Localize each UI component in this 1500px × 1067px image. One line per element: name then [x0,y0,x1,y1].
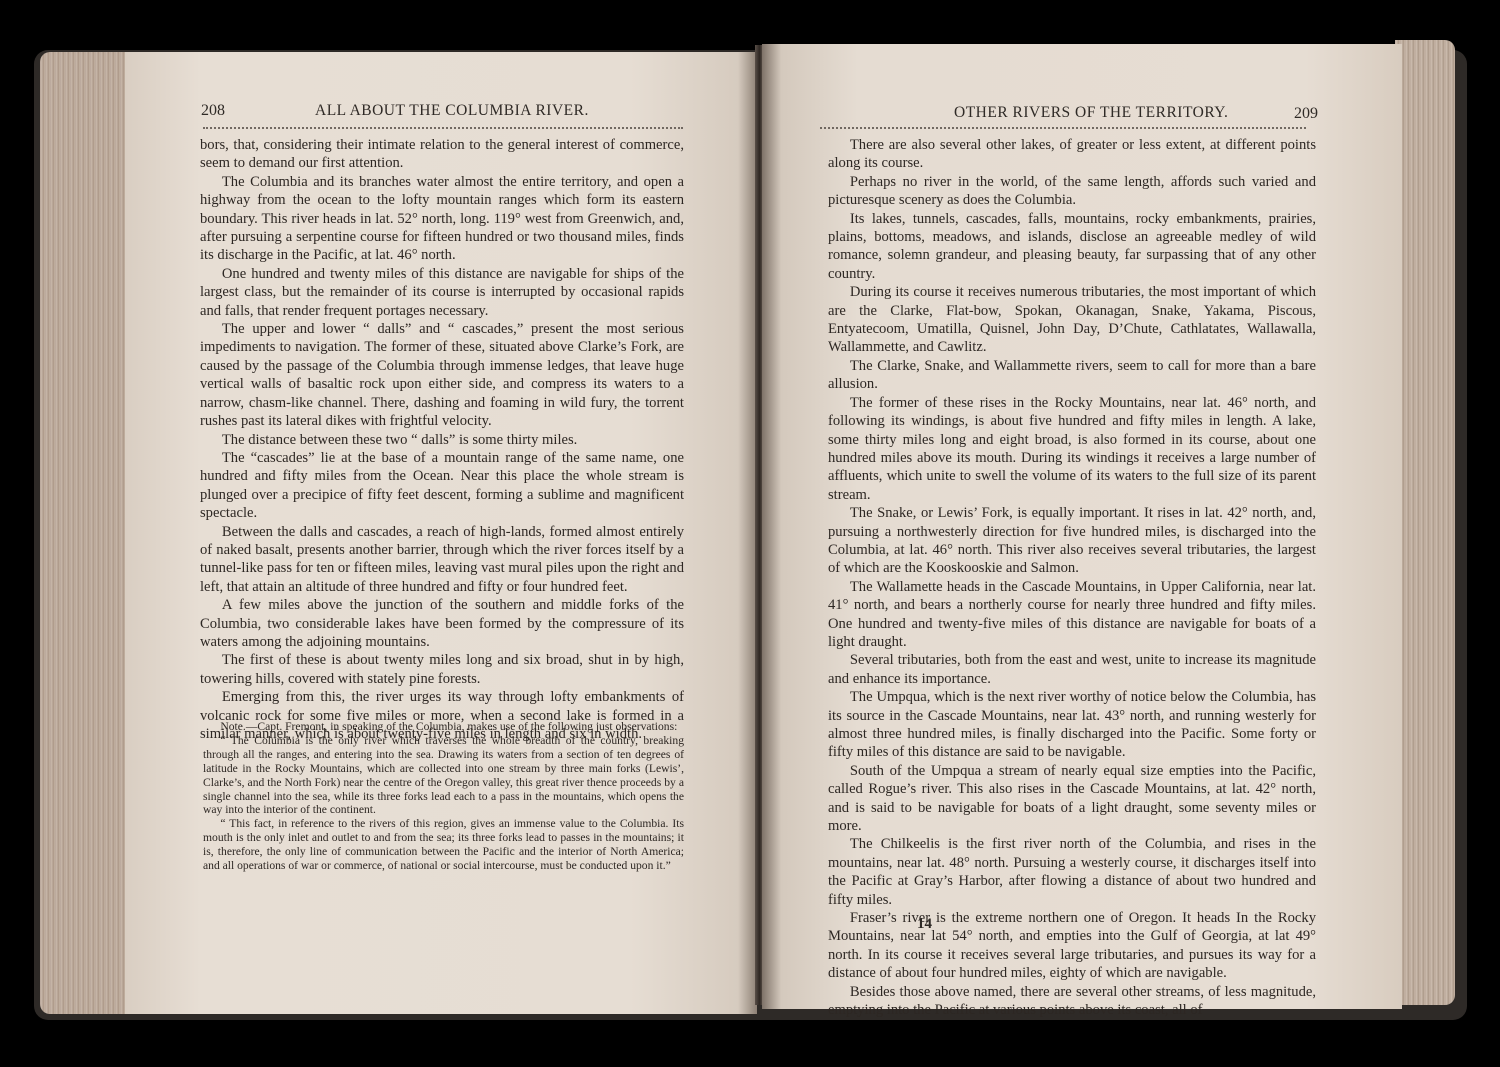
paragraph: The Umpqua, which is the next river wort… [828,688,1316,762]
paragraph: bors, that, considering their intimate r… [200,136,684,173]
paragraph: The upper and lower “ dalls” and “ casca… [200,320,684,430]
paragraph: The Clarke, Snake, and Wallammette river… [828,357,1316,394]
header-rule [203,124,683,129]
paragraph: South of the Umpqua a stream of nearly e… [828,762,1316,836]
paragraph: The Wallamette heads in the Cascade Moun… [828,578,1316,652]
signature-mark: 14 [917,916,932,933]
running-head: ALL ABOUT THE COLUMBIA RIVER. [315,102,589,120]
paragraph: Several tributaries, both from the east … [828,651,1316,688]
page-number: 208 [201,102,225,120]
paragraph: The Snake, or Lewis’ Fork, is equally im… [828,504,1316,578]
right-page: OTHER RIVERS OF THE TERRITORY. 209 There… [762,44,1402,1009]
paragraph: A few miles above the junction of the so… [200,596,684,651]
paragraph: The distance between these two “ dalls” … [200,431,684,449]
paragraph: The Chilkeelis is the first river north … [828,835,1316,909]
paragraph: During its course it receives numerous t… [828,283,1316,357]
footnote-paragraph: “ The Columbia is the only river which t… [203,734,684,817]
paragraph: Besides those above named, there are sev… [828,983,1316,1020]
page-number: 209 [1294,105,1318,123]
body-text: There are also several other lakes, of g… [828,136,1316,1020]
running-head: OTHER RIVERS OF THE TERRITORY. [954,104,1228,122]
paragraph: One hundred and twenty miles of this dis… [200,265,684,320]
paragraph: Fraser’s river is the extreme northern o… [828,909,1316,983]
paragraph: Its lakes, tunnels, cascades, falls, mou… [828,210,1316,284]
footnote-paragraph: Note.—Capt. Fremont, in speaking of the … [203,720,684,734]
page-edges-right [1395,40,1455,1005]
footnote: Note.—Capt. Fremont, in speaking of the … [203,720,684,873]
header-rule [820,124,1306,129]
footnote-paragraph: “ This fact, in reference to the rivers … [203,817,684,873]
paragraph: There are also several other lakes, of g… [828,136,1316,173]
paragraph: The first of these is about twenty miles… [200,651,684,688]
paragraph: The “cascades” lie at the base of a moun… [200,449,684,523]
paragraph: Between the dalls and cascades, a reach … [200,523,684,597]
paragraph: The former of these rises in the Rocky M… [828,394,1316,504]
paragraph: The Columbia and its branches water almo… [200,173,684,265]
body-text: bors, that, considering their intimate r… [200,136,684,743]
left-page: 208 ALL ABOUT THE COLUMBIA RIVER. bors, … [125,52,757,1014]
page-edges-left [40,52,130,1014]
paragraph: Perhaps no river in the world, of the sa… [828,173,1316,210]
